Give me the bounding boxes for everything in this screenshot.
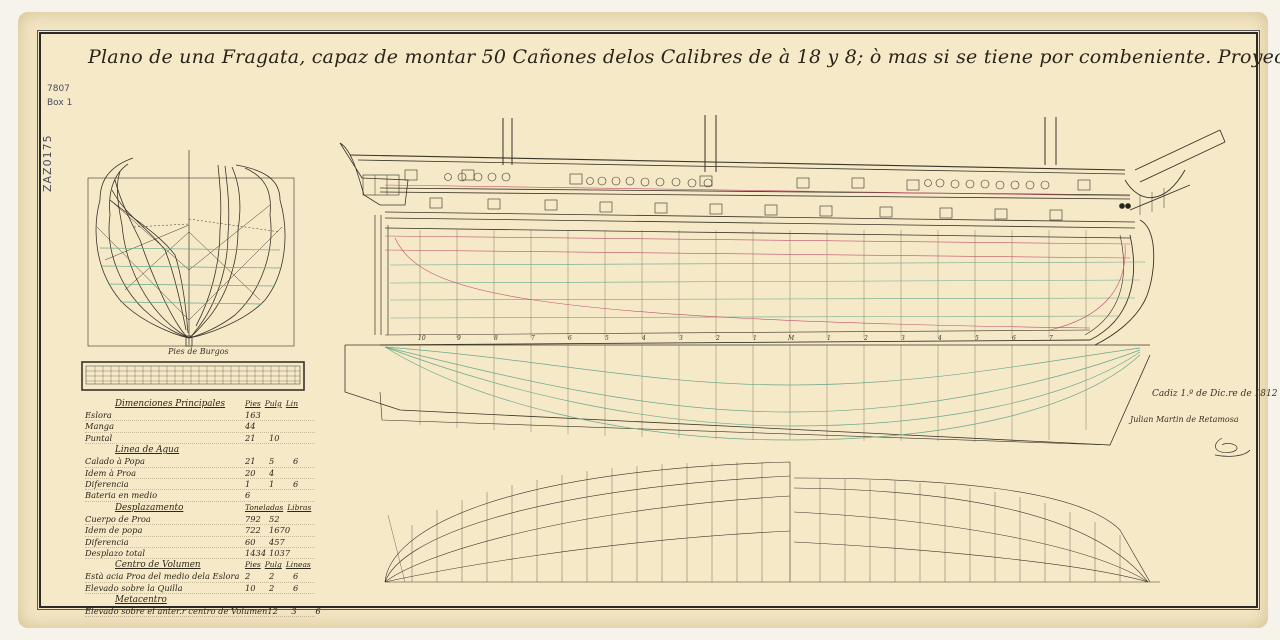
svg-text:6: 6 (1012, 335, 1016, 342)
section-header: Linea de Agua (85, 444, 315, 456)
svg-text:10: 10 (418, 335, 426, 342)
sheer-waterlines (390, 262, 1145, 318)
table-row: Elevado sobre el anter.r centro de Volum… (85, 606, 315, 617)
svg-text:5: 5 (975, 335, 979, 342)
section-header: Centro de Volumen PiesPulgLineas (85, 559, 315, 571)
svg-text:2: 2 (715, 335, 720, 342)
table-row: Idem à Proa204 (85, 468, 315, 479)
table-row: Eslora163 (85, 410, 315, 421)
svg-text:7: 7 (1049, 335, 1053, 342)
svg-text:3: 3 (901, 335, 905, 342)
svg-text:3: 3 (679, 335, 683, 342)
table-row: Calado à Popa2156 (85, 456, 315, 467)
place-date: Cadiz 1.º de Dic.re de 1812 (1152, 389, 1277, 399)
sheer-red-lines (385, 185, 1130, 330)
signatory-name: Julian Martin de Retamosa (1130, 415, 1239, 424)
section-header: Dimenciones Principales PiesPulgLin (85, 398, 315, 410)
svg-text:2: 2 (863, 335, 868, 342)
svg-text:1: 1 (753, 335, 757, 342)
scale-bar (82, 362, 304, 390)
svg-text:9: 9 (457, 335, 461, 342)
body-plan-caption: Pies de Burgos (168, 347, 229, 356)
section-header: Desplazamento ToneladasLibras (85, 502, 315, 514)
svg-text:8: 8 (494, 335, 498, 342)
body-plan-waterlines (100, 248, 280, 304)
table-row: Cuerpo de Proa79252 (85, 514, 315, 525)
table-row: Diferencia116 (85, 479, 315, 490)
table-row: Elevado sobre la Quilla1026 (85, 583, 315, 594)
svg-text:5: 5 (605, 335, 609, 342)
svg-text:M: M (787, 335, 795, 342)
section-header: Metacentro (85, 594, 315, 606)
half-breadth-plan (345, 345, 1150, 445)
svg-text:4: 4 (937, 335, 942, 342)
table-row: Desplazo total14341037 (85, 548, 315, 559)
sheer-plan (340, 115, 1225, 345)
svg-text:6: 6 (568, 335, 572, 342)
dimensions-table: Dimenciones Principales PiesPulgLin Eslo… (85, 398, 315, 617)
table-row: Manga44 (85, 421, 315, 432)
signature-flourish (1215, 438, 1250, 456)
longitudinal-plan (385, 462, 1160, 582)
svg-text:1: 1 (827, 335, 831, 342)
svg-text:4: 4 (641, 335, 646, 342)
table-row: Diferencia60457 (85, 537, 315, 548)
svg-text:7: 7 (531, 335, 535, 342)
table-row: Bateria en medio6 (85, 490, 315, 501)
table-row: Està acia Proa del medio dela Eslora226 (85, 571, 315, 582)
table-row: Idem de popa7221670 (85, 525, 315, 536)
half-breadth-waterlines (385, 347, 1140, 440)
table-row: Puntal2110 (85, 433, 315, 444)
